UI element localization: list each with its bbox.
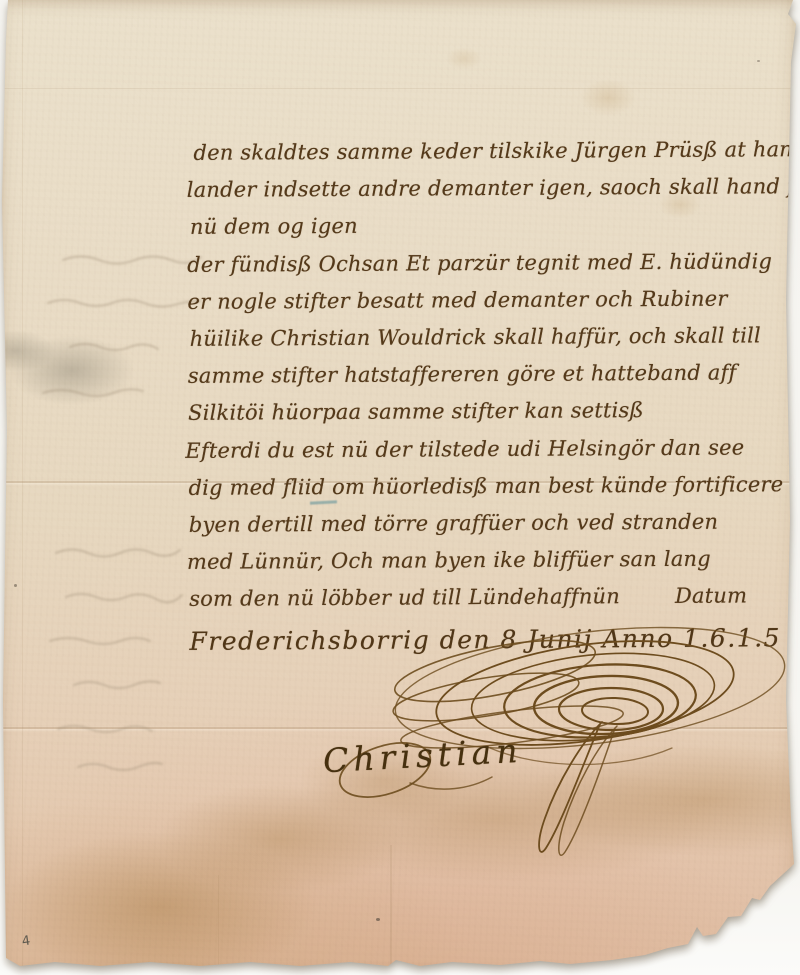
manuscript-line-3: nü dem og igen [190,206,797,247]
manuscript-line-1: den skaldtes samme keder tilskike Jürgen… [193,131,796,172]
manuscript-line-2: lander indsette andre demanter igen, sao… [187,168,797,209]
manuscript-line-9: Efterdi du est nü der tilstede udi Helsi… [185,429,798,470]
edge-tear-mark [0,0,5,38]
manuscript-page: den skaldtes samme keder tilskike Jürgen… [0,0,800,975]
scanned-manuscript-letter: den skaldtes samme keder tilskike Jürgen… [0,0,800,975]
manuscript-line-4: der fündisß Ochsan Et parzür tegnit med … [187,243,797,284]
manuscript-line-8: Silkitöi hüorpaa samme stifter kan setti… [188,392,798,433]
ink-speck [376,918,380,921]
manuscript-line-7: samme stifter hatstaffereren göre et hat… [188,354,798,395]
letter-body: den skaldtes samme keder tilskike Jürgen… [186,131,799,660]
manuscript-line-11: byen dertill med törre graffüer och ved … [189,503,799,544]
ink-speck [14,584,17,587]
manuscript-line-6: hüilike Christian Wouldrick skall haffür… [190,317,798,358]
paper-shadow-wrap: den skaldtes samme keder tilskike Jürgen… [0,0,800,975]
manuscript-line-10: dig med fliid om hüorledisß man best kün… [188,466,798,507]
fold-crease [218,875,219,975]
manuscript-line-12: med Lünnür, Och man byen ike bliffüer sa… [187,540,799,581]
manuscript-line-5: er nogle stifter besatt med demanter och… [187,280,797,321]
fold-crease [0,88,800,89]
ink-speck [757,60,760,62]
